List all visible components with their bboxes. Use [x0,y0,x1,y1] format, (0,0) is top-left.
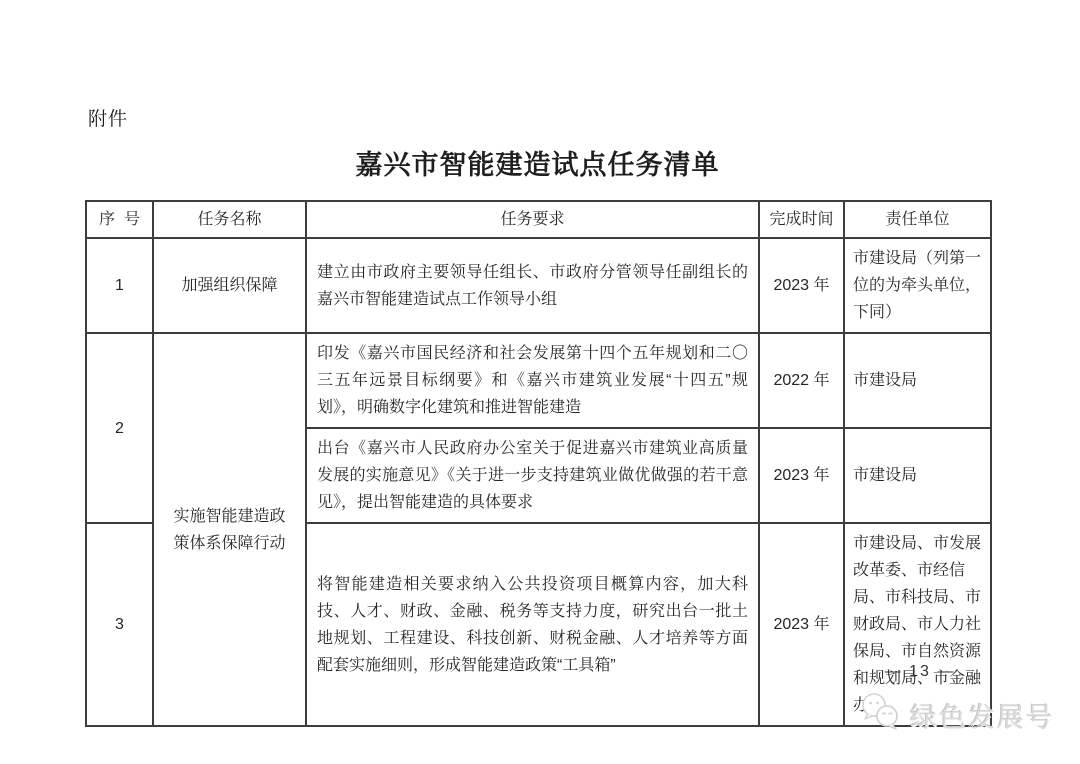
header-seq: 序 号 [86,201,153,238]
attachment-label: 附件 [88,104,128,131]
row1-time: 2023 年 [759,238,844,333]
header-responsible-unit: 责任单位 [844,201,991,238]
row2-sub1-requirement: 印发《嘉兴市国民经济和社会发展第十四个五年规划和二〇三五年远景目标纲要》和《嘉兴… [306,333,759,428]
row3-requirement: 将智能建造相关要求纳入公共投资项目概算内容，加大科技、人才、财政、金融、税务等支… [306,523,759,726]
wechat-official-account-icon [858,692,906,739]
row2-task-name: 实施智能建造政 策体系保障行动 [153,333,306,726]
header-task-name: 任务名称 [153,201,306,238]
table-row: 2 实施智能建造政 策体系保障行动 印发《嘉兴市国民经济和社会发展第十四个五年规… [86,333,991,428]
row2-sub1-time: 2022 年 [759,333,844,428]
row2-sub1-unit: 市建设局 [844,333,991,428]
row2-sub2-unit: 市建设局 [844,428,991,523]
row3-time: 2023 年 [759,523,844,726]
watermark-text: 绿色发展号 [910,696,1055,735]
task-list-table: 序 号 任务名称 任务要求 完成时间 责任单位 1 加强组织保障 建立由市政府主… [85,200,992,727]
row1-task-name: 加强组织保障 [153,238,306,333]
header-task-requirement: 任务要求 [306,201,759,238]
row1-requirement: 建立由市政府主要领导任组长、市政府分管领导任副组长的嘉兴市智能建造试点工作领导小… [306,238,759,333]
row2-sub2-requirement: 出台《嘉兴市人民政府办公室关于促进嘉兴市建筑业高质量发展的实施意见》《关于进一步… [306,428,759,523]
header-completion-time: 完成时间 [759,201,844,238]
row2-sub2-time: 2023 年 [759,428,844,523]
page-title: 嘉兴市智能建造试点任务清单 [85,143,990,182]
table-header-row: 序 号 任务名称 任务要求 完成时间 责任单位 [86,201,991,238]
page-number: — 13 — [860,663,980,681]
table-row: 1 加强组织保障 建立由市政府主要领导任组长、市政府分管领导任副组长的嘉兴市智能… [86,238,991,333]
row3-seq: 3 [86,523,153,726]
row1-seq: 1 [86,238,153,333]
watermark: 绿色发展号 [858,692,1055,739]
row1-unit: 市建设局（列第一位的为牵头单位，下同） [844,238,991,333]
document-page: { "page": { "attachment_label": "附件", "t… [0,0,1080,764]
row2-seq: 2 [86,333,153,523]
